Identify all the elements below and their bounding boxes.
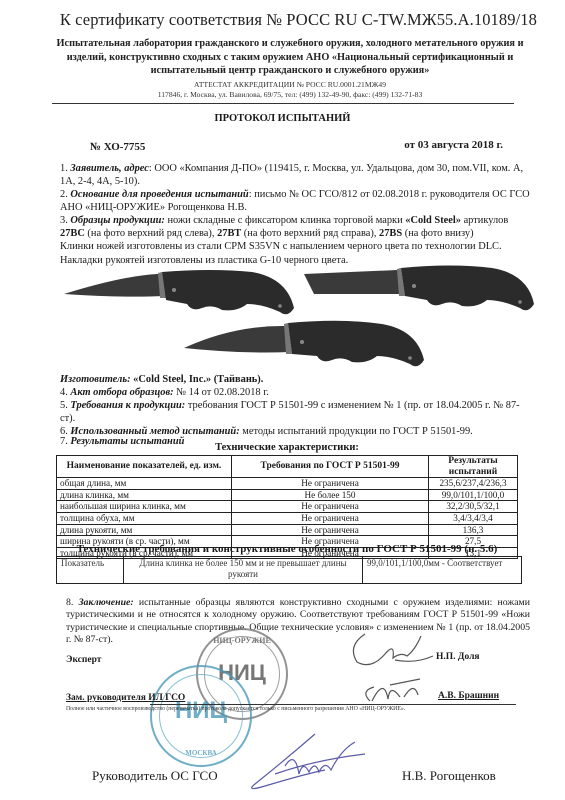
deputy-label: Зам. руководителя ИЛ ГСО — [66, 693, 185, 703]
req-result: 99,0/101,1/100,0мм - Соответствует — [363, 557, 522, 584]
tech-table-caption: Технические характеристики: — [56, 442, 518, 453]
col-header-parameter: Наименование показателей, ед. изм. — [57, 456, 232, 478]
requirement-cell: Не более 150 — [232, 489, 429, 501]
deputy-signature-line — [150, 704, 516, 705]
req-description: Длина клинка не более 150 мм и не превыш… — [124, 557, 363, 584]
requirement-cell: Не ограничена — [232, 501, 429, 513]
head-label: Руководитель ОС ГСО — [92, 768, 218, 784]
head-signature — [245, 730, 375, 792]
col-header-requirement: Требования по ГОСТ Р 51501-99 — [232, 456, 429, 478]
param-name-cell: длина рукояти, мм — [57, 524, 232, 536]
req-indicator: Показатель — [57, 557, 124, 584]
table-row: общая длина, ммНе ограничена235,6/237,4/… — [57, 478, 518, 490]
accreditation-number: АТТЕСТАТ АККРЕДИТАЦИИ № РОСС RU.0001.21М… — [40, 80, 540, 90]
section-sampling-act: 4. Акт отбора образцов: № 14 от 02.08.20… — [60, 386, 530, 399]
lab-address: 117846, г. Москва, ул. Вавилова, 69/75, … — [40, 90, 540, 100]
reproduction-notice: Полное или частичное воспроизводство (пе… — [66, 706, 405, 712]
manufacturer-title: Изготовитель: — [60, 374, 131, 385]
param-name-cell: длина клинка, мм — [57, 489, 232, 501]
table-row: толщина обуха, ммНе ограничена3,4/3,4/3,… — [57, 512, 518, 524]
deputy-name: А.В. Брашнин — [438, 691, 499, 701]
certificate-reference: К сертификату соответствия № РОСС RU C-T… — [60, 10, 537, 30]
param-name-cell: наибольшая ширина клинка, мм — [57, 501, 232, 513]
section-samples: 3. Образцы продукции: ножи складные с фи… — [60, 214, 530, 267]
param-name-cell: общая длина, мм — [57, 478, 232, 490]
req-table-caption: Технические требования и конструктивные … — [56, 543, 518, 555]
protocol-number: № ХО-7755 — [90, 141, 145, 153]
applicant-title: Заявитель, адрес — [70, 163, 148, 174]
samples-title: Образцы продукции: — [70, 215, 164, 226]
requirement-cell: Не ограничена — [232, 512, 429, 524]
brand-name: «Cold Steel» — [405, 215, 461, 226]
section-conclusion: 8. Заключение: испытанные образцы являют… — [66, 597, 530, 647]
param-name-cell: толщина обуха, мм — [57, 512, 232, 524]
knife-photo-27bc — [62, 268, 297, 320]
col-header-result: Результаты испытаний — [429, 456, 518, 478]
deputy-signature — [360, 675, 430, 705]
article-27bc: 27ВС — [60, 228, 85, 239]
result-cell: 3,4/3,4/3,4 — [429, 512, 518, 524]
result-cell: 32,2/30,5/32,1 — [429, 501, 518, 513]
table-row: длина рукояти, ммНе ограничена136,3 — [57, 524, 518, 536]
table-row: длина клинка, ммНе более 15099,0/101,1/1… — [57, 489, 518, 501]
requirement-cell: Не ограничена — [232, 524, 429, 536]
section-requirements: 5. Требования к продукции: требования ГО… — [60, 399, 530, 425]
header-divider — [52, 103, 514, 104]
section-basis: 2. Основание для проведения испытаний: п… — [60, 188, 530, 214]
requirement-cell: Не ограничена — [232, 478, 429, 490]
table-header-row: Наименование показателей, ед. изм. Требо… — [57, 456, 518, 478]
article-27bt: 27ВТ — [217, 228, 241, 239]
expert-label: Эксперт — [66, 655, 101, 665]
result-cell: 136,3 — [429, 524, 518, 536]
table-row: Показатель Длина клинка не более 150 мм … — [57, 557, 522, 584]
protocol-title: ПРОТОКОЛ ИСПЫТАНИЙ — [0, 113, 565, 124]
article-27bs: 27BS — [379, 228, 402, 239]
expert-name: Н.П. Доля — [436, 652, 480, 662]
protocol-date: от 03 августа 2018 г. — [404, 139, 503, 151]
requirements-table: Показатель Длина клинка не более 150 мм … — [56, 556, 522, 584]
head-name: Н.В. Рогощенков — [402, 768, 496, 784]
basis-title: Основание для проведения испытаний — [70, 189, 248, 200]
result-cell: 99,0/101,1/100,0 — [429, 489, 518, 501]
knife-photo-27bt — [302, 264, 537, 314]
accreditation-block: АТТЕСТАТ АККРЕДИТАЦИИ № РОСС RU.0001.21М… — [40, 80, 540, 100]
section-applicant: 1. Заявитель, адрес: ООО «Компания Д-ПО»… — [60, 162, 530, 188]
steel-description: Клинки ножей изготовлены из стали CPM S3… — [60, 240, 530, 253]
table-row: наибольшая ширина клинка, ммНе ограничен… — [57, 501, 518, 513]
nic-oruzhie-stamp-blue: НИЦ МОСКВА — [150, 665, 252, 767]
result-cell: 235,6/237,4/236,3 — [429, 478, 518, 490]
section-manufacturer: Изготовитель: «Cold Steel, Inc.» (Тайван… — [60, 373, 530, 386]
lab-name: Испытательная лаборатория гражданского и… — [40, 37, 540, 78]
expert-signature — [345, 628, 435, 670]
conclusion-title: Заключение: — [79, 597, 134, 608]
knife-photo-27bs — [182, 318, 427, 370]
